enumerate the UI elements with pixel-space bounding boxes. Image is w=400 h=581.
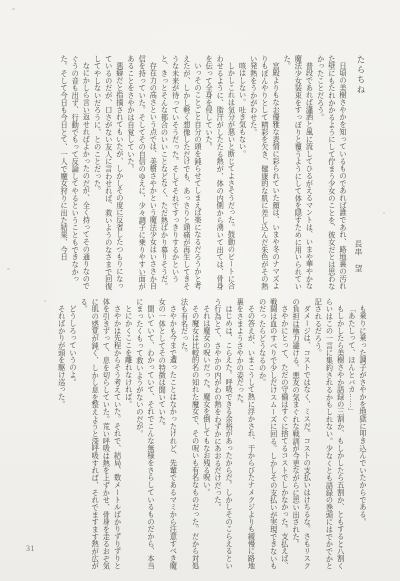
paragraph: 「あたしって、ほんとバカ……」 xyxy=(346,298,357,570)
paragraph: しかしこれは気分が悪いと断じてよさそうだった。鼓動のビートに合わせるように、脂汗… xyxy=(203,55,236,293)
book-page: たらちね 長串 望 日頃の美樹さやかを知っているものであれば誰であれ、路地裏の汚… xyxy=(0,0,400,581)
scan-speck xyxy=(44,300,46,302)
paragraph: 宮殿よりもなお優雅な表情に彩られていた顔は、いまや冬のナマズよりもぼんやりとして… xyxy=(248,55,281,293)
author-name: 長串 望 xyxy=(353,240,364,300)
paragraph: 日頃の美樹さやかを知っているものであれば誰であれ、路地裏の汚れた壁にもたれかかる… xyxy=(315,55,348,293)
paragraph: 普段であれば瀟洒と風に流してひるがえるマントは、いまや華やかな魔法少女装束をすっ… xyxy=(281,55,314,293)
story-title: たらちね xyxy=(355,55,367,175)
paragraph: その魔女は比較的名の知れた魔女で、その呪いも有名なものだった。だから対処法も有名… xyxy=(178,298,200,570)
paragraph: それは魔女の呪いだった。魔女を倒してもなお残る呪い。 xyxy=(201,298,212,570)
body-text-lower-tier: も乗りに乗った調子がさやかを地獄に叩き込んでいたからである。「あたしって、ほんと… xyxy=(56,298,368,570)
paragraph: その答えが、いまこうして熱に浮かされ、干からびたナメクジよりも緩慢に路地裏をさま… xyxy=(234,298,256,570)
paragraph: 悪癖だと指摘されてもいたが、しかしその度に反省したつもりになっているのだが、口さ… xyxy=(91,55,124,293)
paragraph: どうしろっていうのよ。 xyxy=(67,298,78,570)
scan-speck xyxy=(383,212,385,214)
paragraph: はじめは、こらえた。呼吸できる余裕があったからだ。しかしそのこらえるという行為と… xyxy=(212,298,234,570)
paragraph: さやかも今まで遭ったことはなかったけれど、先輩であるマミから注意すべき魔女の一体… xyxy=(156,298,178,570)
paragraph: さやかは先程からそう考えていた。それで、結局、数メートルばかりずりずりと体を引き… xyxy=(78,298,123,570)
page-number: 31 xyxy=(26,544,35,553)
scan-speck xyxy=(12,8,15,10)
body-text-upper-tier: 日頃の美樹さやかを知っているものであれば誰であれ、路地裏の汚れた壁にもたれかかる… xyxy=(56,55,348,293)
paragraph: いっそのことごと自分の頭を鈍らせてしまえば楽になるだろうかと考えたが、しかし軽く… xyxy=(158,55,203,293)
paragraph: も乗りに乗った調子がさやかを地獄に叩き込んでいたからである。 xyxy=(357,298,368,570)
paragraph: ダメージは、コストではなく、ミスだ。コストの支払いはけちるな。さもリスクの負担は… xyxy=(290,298,312,570)
paragraph: なにかしら言い返せればよかったのだが、全く持ってその通りなのでぐうの音も出ず、行… xyxy=(58,55,91,293)
paragraph: もしかしたら美樹さやか語録の三割か、もしかしたら五割か、ともすると八割くらいはこ… xyxy=(312,298,345,570)
paragraph: とにかくここを離れなければ。 xyxy=(123,298,134,570)
scan-speck xyxy=(7,268,10,270)
paragraph: 咳はしない。吐き気もない。 xyxy=(236,55,247,293)
paragraph: さやかにとって、ただの守備はすぐに捨てるコストでしかなかった。支払えば、戦闘は血… xyxy=(256,298,289,570)
paragraph: 聞いていて、わかっていて、それでこんな無様をさらしているものだから、本当にまった… xyxy=(134,298,156,570)
paragraph: 存在力の高さという点では、美樹さやかという魔法少女はいささか自信を持っていた。そ… xyxy=(125,55,158,293)
paragraph: そればかりが頭を駆け巡った。 xyxy=(56,298,67,570)
